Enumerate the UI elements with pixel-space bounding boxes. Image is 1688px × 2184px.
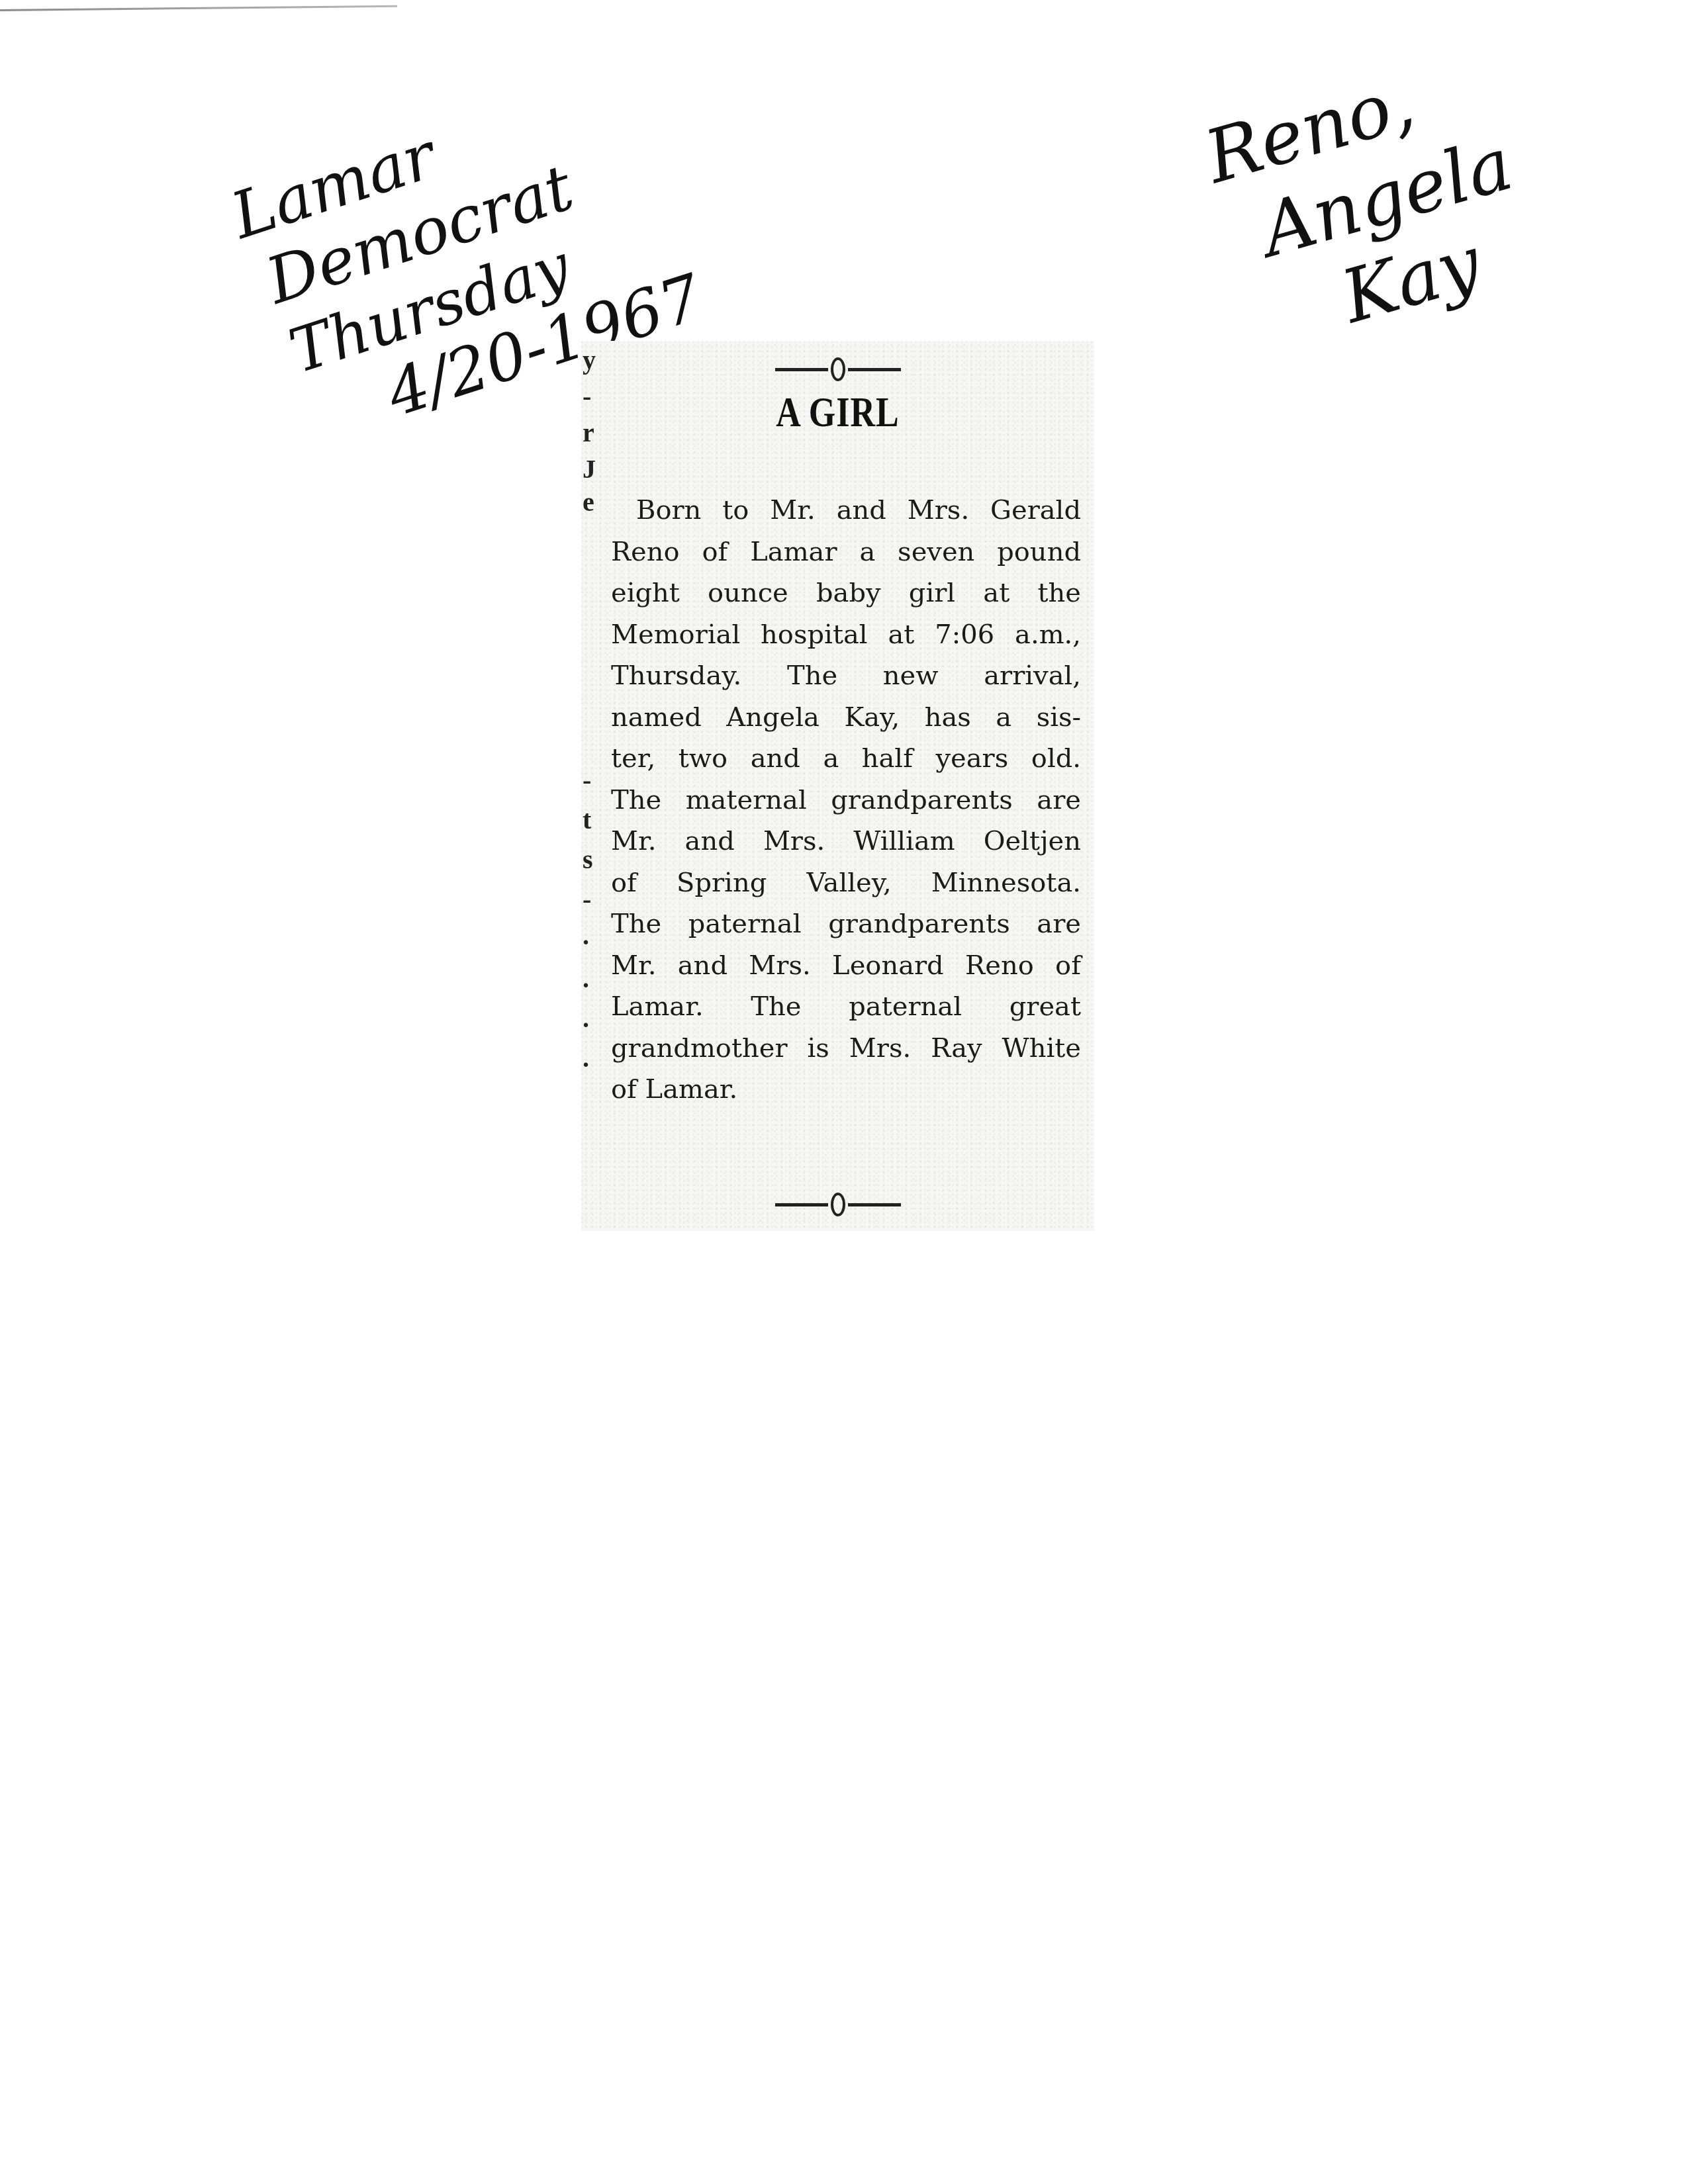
edge-fragment: t — [583, 804, 591, 835]
article-body: Born to Mr. and Mrs. Gerald Reno of Lama… — [611, 490, 1081, 1111]
article-line: Memorial hospital at 7:06 a.m., — [611, 614, 1081, 656]
divider-ornament-top — [775, 357, 901, 381]
article-line: Born to Mr. and Mrs. Gerald — [611, 490, 1081, 531]
article-line: Mr. and Mrs. Leonard Reno of — [611, 945, 1081, 987]
article-line: Thursday. The new arrival, — [611, 655, 1081, 697]
article-line: grandmother is Mrs. Ray White — [611, 1028, 1081, 1069]
article-line: eight ounce baby girl at the — [611, 572, 1081, 614]
article-line: Mr. and Mrs. William Oeltjen — [611, 821, 1081, 862]
edge-fragment: y — [583, 344, 596, 375]
handwritten-name-note: Reno, Angela Kay — [1192, 44, 1543, 361]
edge-fragment: . — [583, 1003, 589, 1034]
article-headline: A GIRL — [581, 390, 1094, 437]
edge-fragment: - — [583, 884, 591, 915]
article-line: of Spring Valley, Minnesota. — [611, 862, 1081, 904]
article-line: The paternal grandparents are — [611, 903, 1081, 945]
article-line: The maternal grandparents are — [611, 780, 1081, 821]
ornament-circle-icon — [831, 1193, 845, 1216]
edge-fragment: J — [583, 453, 596, 484]
clipping-edge-fragments: y - r J e - t s - . . . . — [581, 341, 601, 1231]
ornament-circle-icon — [831, 357, 845, 381]
article-line: of Lamar. — [611, 1069, 1081, 1111]
article-line: Reno of Lamar a seven pound — [611, 531, 1081, 573]
scan-edge-line — [0, 5, 397, 11]
article-line: Lamar. The paternal great — [611, 986, 1081, 1028]
newspaper-clipping: y - r J e - t s - . . . . A GIRL Born to… — [581, 341, 1094, 1231]
edge-fragment: . — [583, 1042, 589, 1073]
article-line: ter, two and a half years old. — [611, 738, 1081, 780]
edge-fragment: s — [583, 844, 593, 875]
edge-fragment: e — [583, 486, 594, 518]
edge-fragment: . — [583, 920, 589, 951]
edge-fragment: . — [583, 963, 589, 994]
divider-ornament-bottom — [775, 1193, 901, 1216]
article-line: named Angela Kay, has a sis- — [611, 697, 1081, 739]
edge-fragment: - — [583, 764, 591, 796]
